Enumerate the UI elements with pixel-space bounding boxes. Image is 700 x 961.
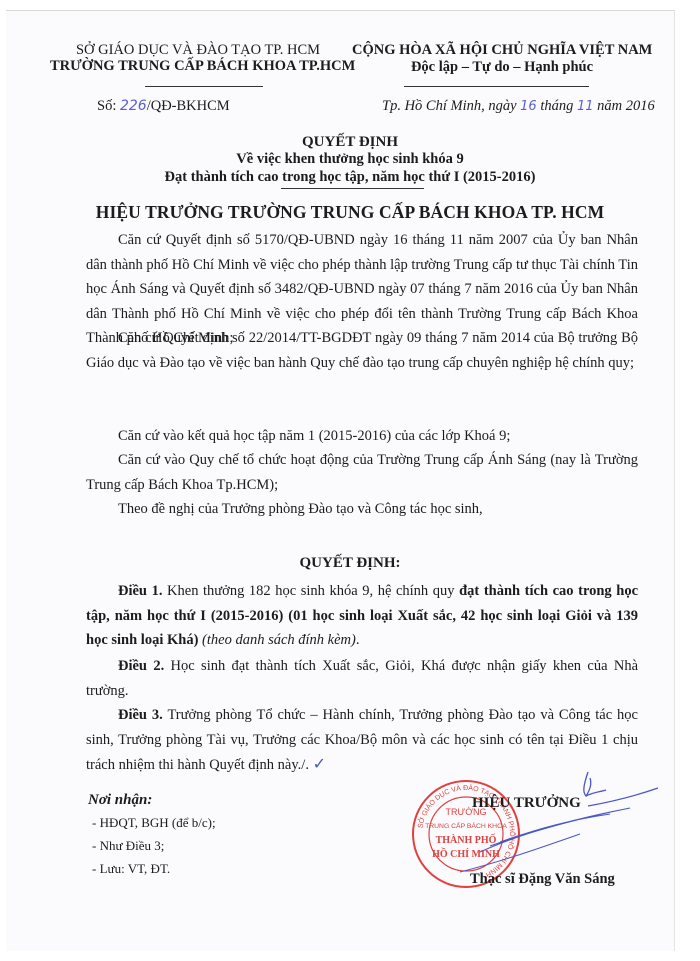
issuing-authority: HIỆU TRƯỞNG TRƯỜNG TRUNG CẤP BÁCH KHOA T… bbox=[0, 202, 700, 223]
header-right-divider bbox=[404, 86, 589, 87]
header-left-divider bbox=[145, 86, 263, 87]
recipient-item: - Như Điều 3; bbox=[92, 838, 164, 854]
signatory-title: HIỆU TRƯỞNG bbox=[472, 795, 581, 812]
date-prefix: Tp. Hồ Chí Minh, ngày bbox=[382, 98, 520, 114]
article-2: Điều 2. Học sinh đạt thành tích Xuất sắc… bbox=[86, 654, 638, 703]
number-prefix: Số: bbox=[97, 98, 120, 114]
document-title: QUYẾT ĐỊNH bbox=[0, 134, 700, 151]
school-name: TRƯỜNG TRUNG CẤP BÁCH KHOA TP.HCM bbox=[50, 58, 346, 75]
title-divider bbox=[281, 188, 424, 189]
date-mid: tháng bbox=[537, 98, 577, 114]
preamble-paragraph: Căn cứ vào kết quả học tập năm 1 (2015-2… bbox=[86, 424, 638, 449]
document-date: Tp. Hồ Chí Minh, ngày 16 tháng 11 năm 20… bbox=[382, 98, 655, 115]
national-motto: Độc lập – Tự do – Hạnh phúc bbox=[352, 59, 652, 76]
article-1-attachment-note: (theo danh sách đính kèm) bbox=[202, 632, 356, 648]
recipient-item: - HĐQT, BGH (để b/c); bbox=[92, 815, 216, 831]
handwritten-number: 226 bbox=[120, 98, 147, 114]
preamble-paragraph: Căn cứ Quyết định số 22/2014/TT-BGDĐT ng… bbox=[86, 326, 638, 375]
preamble-paragraph: Theo đề nghị của Trưởng phòng Đào tạo và… bbox=[86, 497, 638, 522]
article-1-label: Điều 1. bbox=[118, 583, 162, 599]
initial-check-icon: ✓ bbox=[313, 754, 326, 773]
subject-line-2: Đạt thành tích cao trong học tập, năm họ… bbox=[0, 169, 700, 186]
number-suffix: /QĐ-BKHCM bbox=[147, 98, 230, 114]
handwritten-signature-icon bbox=[460, 762, 660, 882]
document-number: Số: 226/QĐ-BKHCM bbox=[97, 98, 230, 115]
article-2-label: Điều 2. bbox=[118, 658, 164, 674]
recipient-item: - Lưu: VT, ĐT. bbox=[92, 861, 170, 877]
department-name: SỞ GIÁO DỤC VÀ ĐÀO TẠO TP. HCM bbox=[58, 42, 338, 59]
subject-line-1: Về việc khen thưởng học sinh khóa 9 bbox=[0, 151, 700, 168]
article-2-text: Học sinh đạt thành tích Xuất sắc, Giỏi, … bbox=[86, 658, 638, 699]
article-1-end: . bbox=[356, 632, 360, 648]
article-1: Điều 1. Khen thưởng 182 học sinh khóa 9,… bbox=[86, 579, 638, 653]
recipients-title: Nơi nhận: bbox=[88, 792, 152, 809]
decision-heading: QUYẾT ĐỊNH: bbox=[0, 555, 700, 572]
handwritten-day: 16 bbox=[520, 99, 537, 114]
country-name: CỘNG HÒA XÃ HỘI CHỦ NGHĨA VIỆT NAM bbox=[352, 42, 652, 59]
signatory-name: Thạc sĩ Đặng Văn Sáng bbox=[470, 871, 615, 888]
date-suffix: năm 2016 bbox=[594, 98, 655, 114]
preamble-paragraph: Căn cứ vào Quy chế tổ chức hoạt động của… bbox=[86, 448, 638, 497]
article-1-text: Khen thưởng 182 học sinh khóa 9, hệ chín… bbox=[162, 583, 459, 599]
article-3-label: Điều 3. bbox=[118, 707, 163, 723]
handwritten-month: 11 bbox=[577, 99, 594, 114]
